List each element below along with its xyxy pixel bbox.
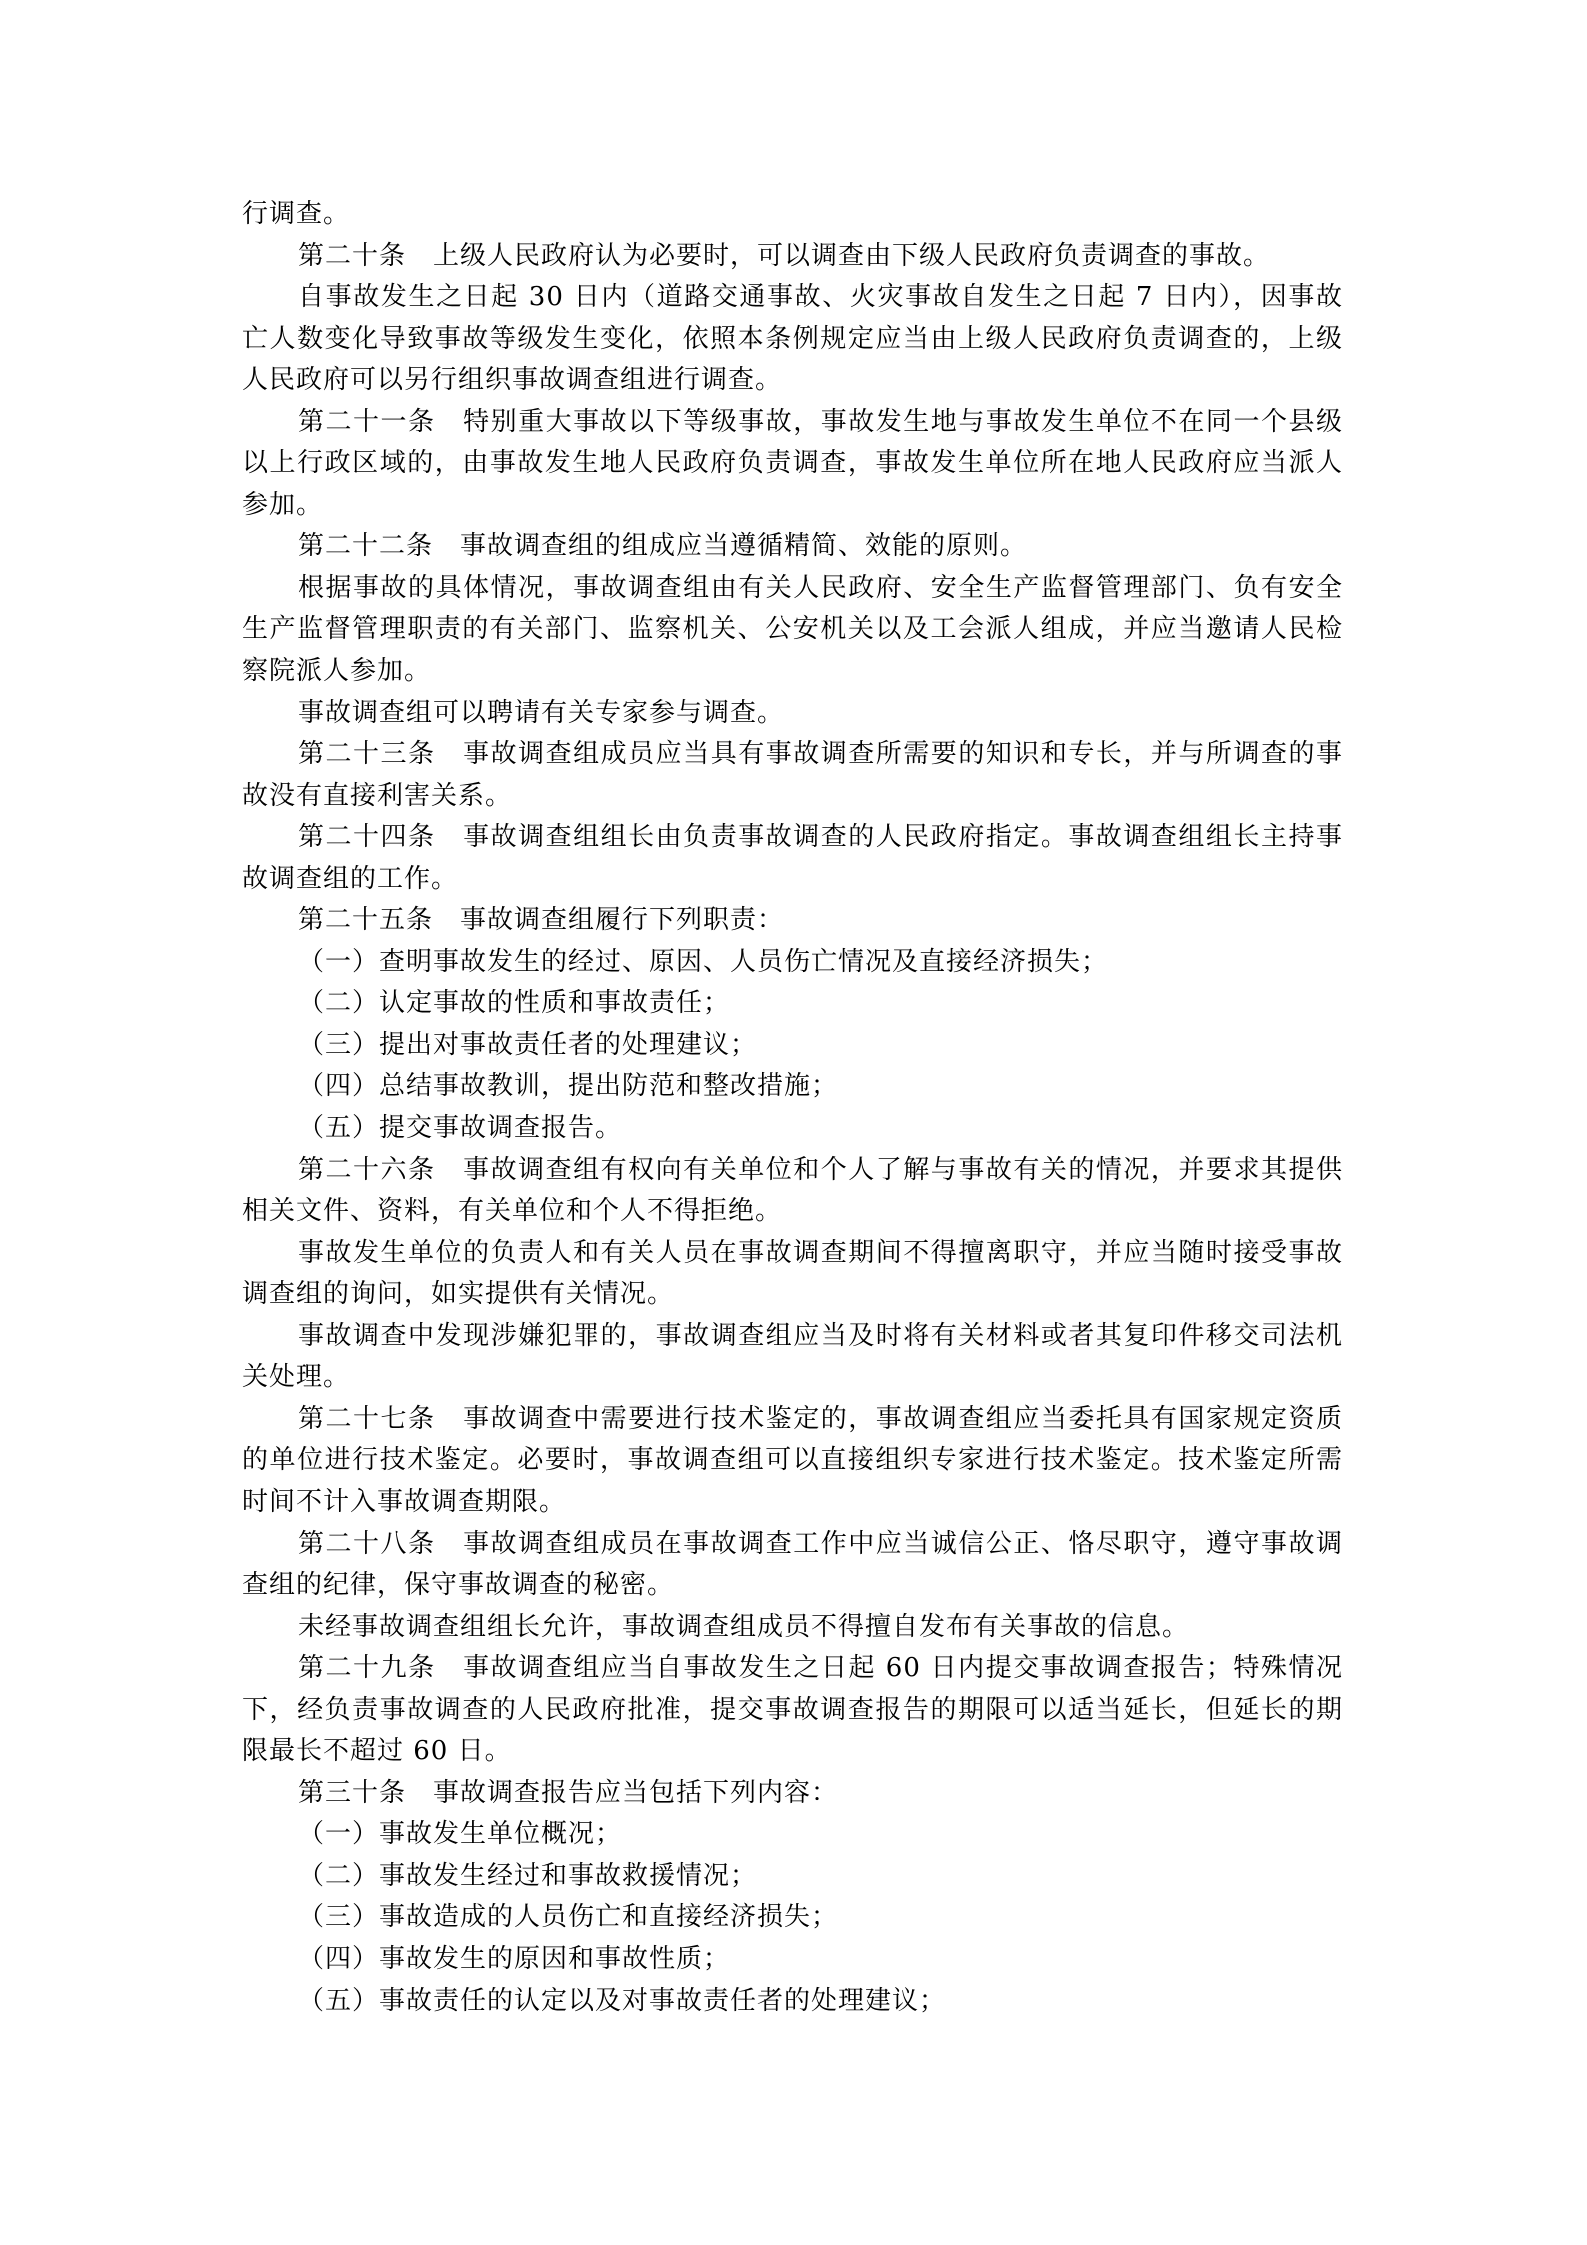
document-page: 行调查。第二十条 上级人民政府认为必要时，可以调查由下级人民政府负责调查的事故。… xyxy=(0,0,1587,2245)
text-line: 人民政府可以另行组织事故调查组进行调查。 xyxy=(242,360,1343,402)
text-line: （二）事故发生经过和事故救援情况； xyxy=(242,1856,1343,1898)
text-line: 调查组的询问，如实提供有关情况。 xyxy=(242,1274,1343,1316)
text-line: 第三十条 事故调查报告应当包括下列内容： xyxy=(242,1773,1343,1815)
text-line: （五）事故责任的认定以及对事故责任者的处理建议； xyxy=(242,1981,1343,2023)
text-line: （一）事故发生单位概况； xyxy=(242,1814,1343,1856)
text-line: 下，经负责事故调查的人民政府批准，提交事故调查报告的期限可以适当延长，但延长的期 xyxy=(242,1690,1343,1732)
text-line: 生产监督管理职责的有关部门、监察机关、公安机关以及工会派人组成，并应当邀请人民检 xyxy=(242,609,1343,651)
text-line: 事故调查中发现涉嫌犯罪的，事故调查组应当及时将有关材料或者其复印件移交司法机 xyxy=(242,1316,1343,1358)
text-line: 相关文件、资料，有关单位和个人不得拒绝。 xyxy=(242,1191,1343,1233)
text-line: 事故发生单位的负责人和有关人员在事故调查期间不得擅离职守，并应当随时接受事故 xyxy=(242,1233,1343,1275)
text-line: 限最长不超过 60 日。 xyxy=(242,1731,1343,1773)
text-line: 故调查组的工作。 xyxy=(242,859,1343,901)
text-line: （五）提交事故调查报告。 xyxy=(242,1108,1343,1150)
text-line: （一）查明事故发生的经过、原因、人员伤亡情况及直接经济损失； xyxy=(242,942,1343,984)
text-line: （四）总结事故教训，提出防范和整改措施； xyxy=(242,1066,1343,1108)
text-line: （三）事故造成的人员伤亡和直接经济损失； xyxy=(242,1897,1343,1939)
document-body: 行调查。第二十条 上级人民政府认为必要时，可以调查由下级人民政府负责调查的事故。… xyxy=(242,194,1343,2022)
text-line: 行调查。 xyxy=(242,194,1343,236)
text-line: 事故调查组可以聘请有关专家参与调查。 xyxy=(242,693,1343,735)
text-line: 第二十条 上级人民政府认为必要时，可以调查由下级人民政府负责调查的事故。 xyxy=(242,236,1343,278)
text-line: 第二十九条 事故调查组应当自事故发生之日起 60 日内提交事故调查报告；特殊情况 xyxy=(242,1648,1343,1690)
text-line: 时间不计入事故调查期限。 xyxy=(242,1482,1343,1524)
text-line: 亡人数变化导致事故等级发生变化，依照本条例规定应当由上级人民政府负责调查的，上级 xyxy=(242,319,1343,361)
text-line: 根据事故的具体情况，事故调查组由有关人民政府、安全生产监督管理部门、负有安全 xyxy=(242,568,1343,610)
text-line: 的单位进行技术鉴定。必要时，事故调查组可以直接组织专家进行技术鉴定。技术鉴定所需 xyxy=(242,1440,1343,1482)
text-line: 第二十二条 事故调查组的组成应当遵循精简、效能的原则。 xyxy=(242,526,1343,568)
text-line: 以上行政区域的，由事故发生地人民政府负责调查，事故发生单位所在地人民政府应当派人 xyxy=(242,443,1343,485)
text-line: 察院派人参加。 xyxy=(242,651,1343,693)
text-line: 故没有直接利害关系。 xyxy=(242,776,1343,818)
text-line: 第二十七条 事故调查中需要进行技术鉴定的，事故调查组应当委托具有国家规定资质 xyxy=(242,1399,1343,1441)
text-line: 查组的纪律，保守事故调查的秘密。 xyxy=(242,1565,1343,1607)
text-line: 关处理。 xyxy=(242,1357,1343,1399)
text-line: （四）事故发生的原因和事故性质； xyxy=(242,1939,1343,1981)
text-line: 第二十六条 事故调查组有权向有关单位和个人了解与事故有关的情况，并要求其提供 xyxy=(242,1150,1343,1192)
text-line: 自事故发生之日起 30 日内（道路交通事故、火灾事故自发生之日起 7 日内），因… xyxy=(242,277,1343,319)
text-line: 参加。 xyxy=(242,485,1343,527)
text-line: 第二十一条 特别重大事故以下等级事故，事故发生地与事故发生单位不在同一个县级 xyxy=(242,402,1343,444)
text-line: （二）认定事故的性质和事故责任； xyxy=(242,983,1343,1025)
text-line: 第二十五条 事故调查组履行下列职责： xyxy=(242,900,1343,942)
text-line: 未经事故调查组组长允许，事故调查组成员不得擅自发布有关事故的信息。 xyxy=(242,1607,1343,1649)
text-line: 第二十八条 事故调查组成员在事故调查工作中应当诚信公正、恪尽职守，遵守事故调 xyxy=(242,1524,1343,1566)
text-line: （三）提出对事故责任者的处理建议； xyxy=(242,1025,1343,1067)
text-line: 第二十四条 事故调查组组长由负责事故调查的人民政府指定。事故调查组组长主持事 xyxy=(242,817,1343,859)
text-line: 第二十三条 事故调查组成员应当具有事故调查所需要的知识和专长，并与所调查的事 xyxy=(242,734,1343,776)
